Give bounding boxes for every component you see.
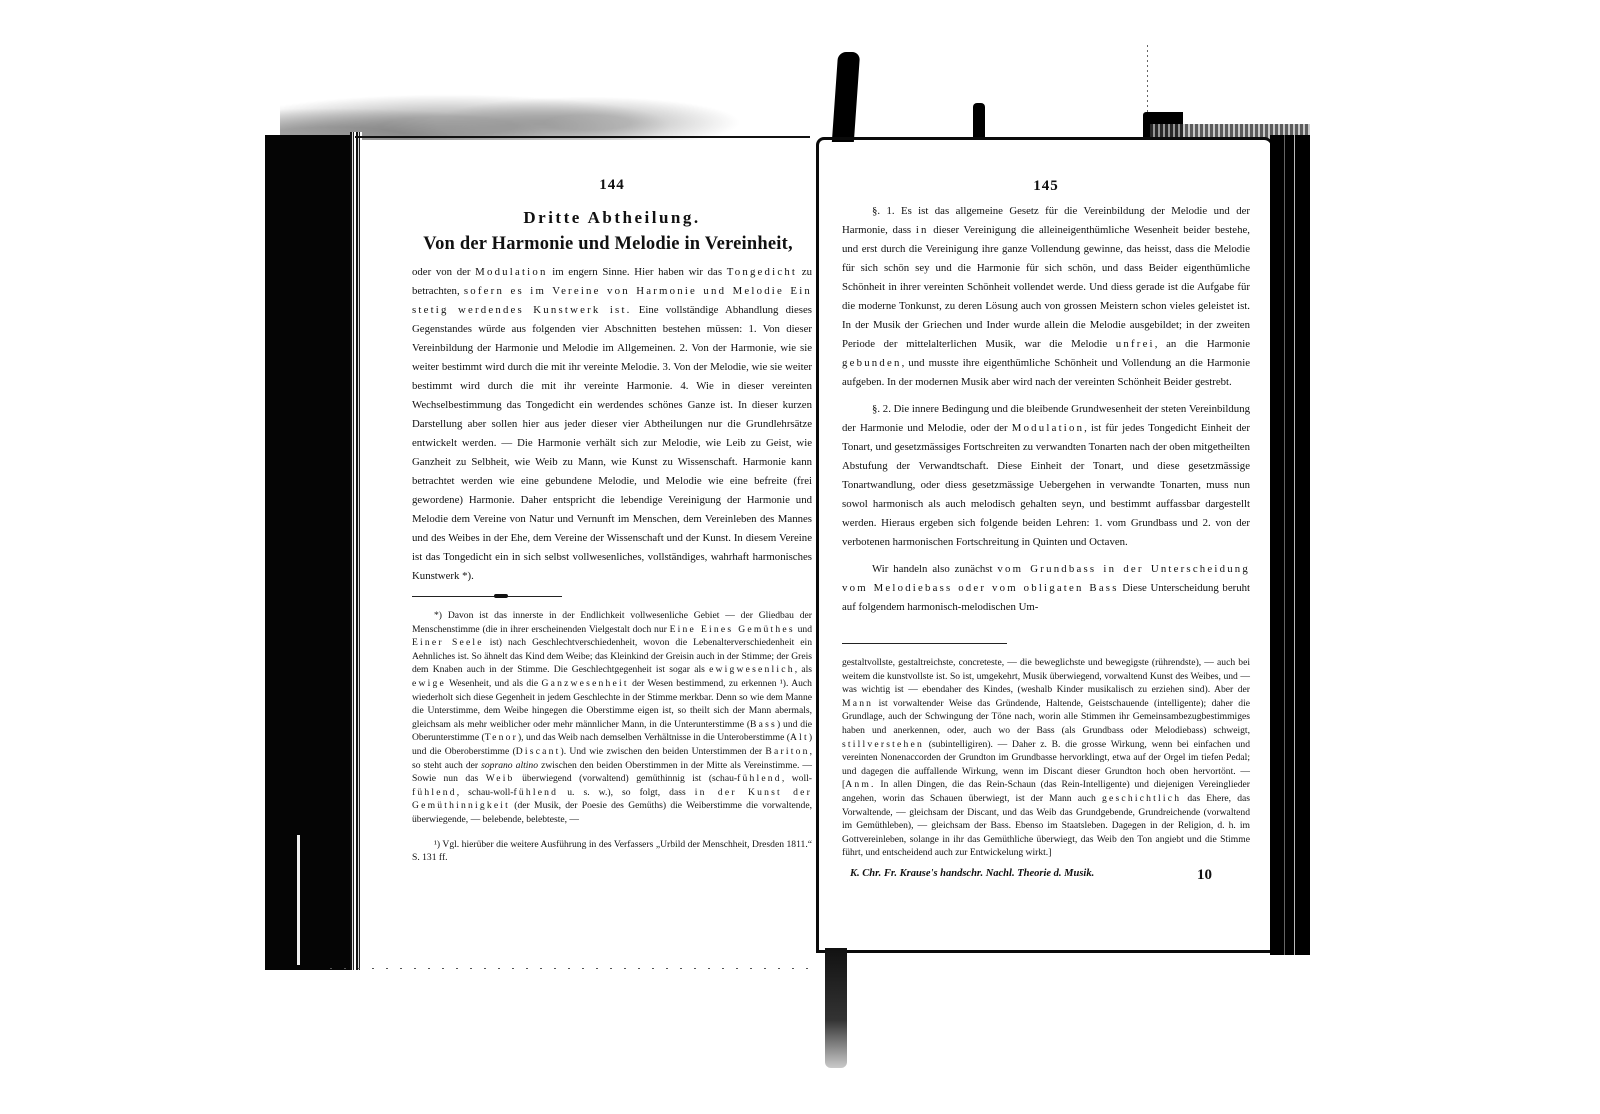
text-run-spaced: Weib: [486, 773, 515, 784]
text-run-spaced: unfrei: [1116, 338, 1155, 350]
body-text: §. 1. Es ist das allgemeine Gesetz für d…: [842, 202, 1250, 617]
text-run-spaced: Einer Seele: [412, 637, 484, 648]
bookmark-ribbon: [825, 948, 847, 1068]
book-edge-right: [1270, 135, 1310, 955]
signature-line: K. Chr. Fr. Krause's handschr. Nachl. Th…: [842, 868, 1250, 882]
text-run-spaced: stillverstehen: [842, 739, 924, 750]
text-run-spaced: fühlend: [513, 787, 558, 798]
text-run: , an die Harmonie: [1155, 338, 1250, 350]
text-run: dieser Vereinigung die alleineigenthümli…: [842, 224, 1250, 350]
page-stack-left: [350, 132, 362, 970]
text-run: überwiegend (vorwaltend) gemüthinnig ist…: [515, 773, 738, 784]
footnote-separator: [842, 643, 1007, 644]
paragraph-2: §. 2. Die innere Bedingung und die bleib…: [842, 400, 1250, 552]
text-run: , ist für jedes Tongedicht Einheit der T…: [842, 422, 1250, 548]
text-run: ), und das Weib nach demselben Verhältni…: [518, 732, 790, 743]
text-run-spaced: ewige: [412, 678, 446, 689]
body-text: oder von der Modulation im engern Sinne.…: [412, 263, 812, 586]
sheet-number: 10: [1197, 868, 1212, 882]
text-run: , und musste ihre eigenthümliche Schönhe…: [842, 357, 1250, 388]
page-number: 145: [842, 170, 1250, 202]
text-run: Eine vollständige Abhandlung dieses Gege…: [412, 304, 812, 582]
scan-noise: [280, 70, 840, 140]
text-run: im engern Sinne. Hier haben wir das: [548, 266, 727, 278]
text-run: Wesenheit, und als die: [446, 678, 542, 689]
footnote: *) Davon ist das innerste in der Endlich…: [412, 609, 812, 865]
book-edge-left: [265, 135, 350, 970]
text-run-spaced: fühlend: [737, 773, 782, 784]
book-scan: 144 Dritte Abtheilung. Von der Harmonie …: [0, 0, 1600, 1114]
footnote-reference: ¹) Vgl. hierüber die weitere Ausführung …: [412, 838, 812, 865]
right-page: 145 §. 1. Es ist das allgemeine Gesetz f…: [842, 170, 1250, 882]
text-run: ). Und wie zwischen den beiden Unterstim…: [561, 746, 766, 757]
text-run-spaced: in: [916, 224, 929, 236]
footnote-continued: gestaltvollste, gestaltreichste, concret…: [842, 656, 1250, 860]
text-run-spaced: Anm.: [845, 779, 875, 790]
text-run-spaced: Bariton: [765, 746, 809, 757]
text-run: oder von der: [412, 266, 475, 278]
bookmark-tab: [973, 103, 985, 139]
text-run: und: [795, 624, 812, 635]
text-run-spaced: Tenor: [485, 732, 518, 743]
footnote-separator: [412, 596, 562, 597]
text-run-spaced: Ganzwesenheit: [542, 678, 629, 689]
text-run: u. s. w.), so folgt, dass: [558, 787, 695, 798]
text-run: , woll-: [782, 773, 812, 784]
text-run: , schau-woll-: [457, 787, 514, 798]
text-run-spaced: Modulation: [1012, 422, 1084, 434]
printer-signature: K. Chr. Fr. Krause's handschr. Nachl. Th…: [850, 868, 1094, 882]
page-top-edge-left: [355, 136, 810, 138]
text-run-spaced: Discant: [516, 746, 561, 757]
text-run-spaced: Mann: [842, 698, 873, 709]
text-run-spaced: Bass: [750, 719, 777, 730]
section-heading: Dritte Abtheilung.: [412, 208, 812, 228]
scan-artifact: [1147, 45, 1148, 113]
text-run-italic: soprano altino: [481, 760, 538, 771]
text-run-spaced: Eine Eines Gemüthes: [670, 624, 795, 635]
chapter-title: Von der Harmonie und Melodie in Vereinhe…: [404, 234, 812, 255]
bookmark-tab: [832, 52, 860, 142]
text-run: gestaltvollste, gestaltreichste, concret…: [842, 657, 1250, 695]
text-run-spaced: gebunden: [842, 357, 902, 369]
text-run: Wir handeln also zunächst: [872, 563, 997, 575]
paragraph-3: Wir handeln also zunächst vom Grundbass …: [842, 560, 1250, 617]
page-bottom-edge-left: [330, 968, 820, 969]
text-run-spaced: ewigwesenlich: [709, 664, 795, 675]
text-run-spaced: Modulation: [475, 266, 547, 278]
page-number: 144: [412, 170, 812, 208]
text-run-spaced: fühlend: [412, 787, 457, 798]
paragraph-1: §. 1. Es ist das allgemeine Gesetz für d…: [842, 202, 1250, 392]
text-run-spaced: Tongedicht: [727, 266, 797, 278]
text-run-spaced: geschichtlich: [1102, 793, 1181, 804]
left-page: 144 Dritte Abtheilung. Von der Harmonie …: [412, 170, 812, 865]
text-run: ist vorwaltender Weise das Gründende, Ha…: [842, 698, 1250, 736]
text-run: , als: [795, 664, 812, 675]
text-run-spaced: Alt: [790, 732, 809, 743]
